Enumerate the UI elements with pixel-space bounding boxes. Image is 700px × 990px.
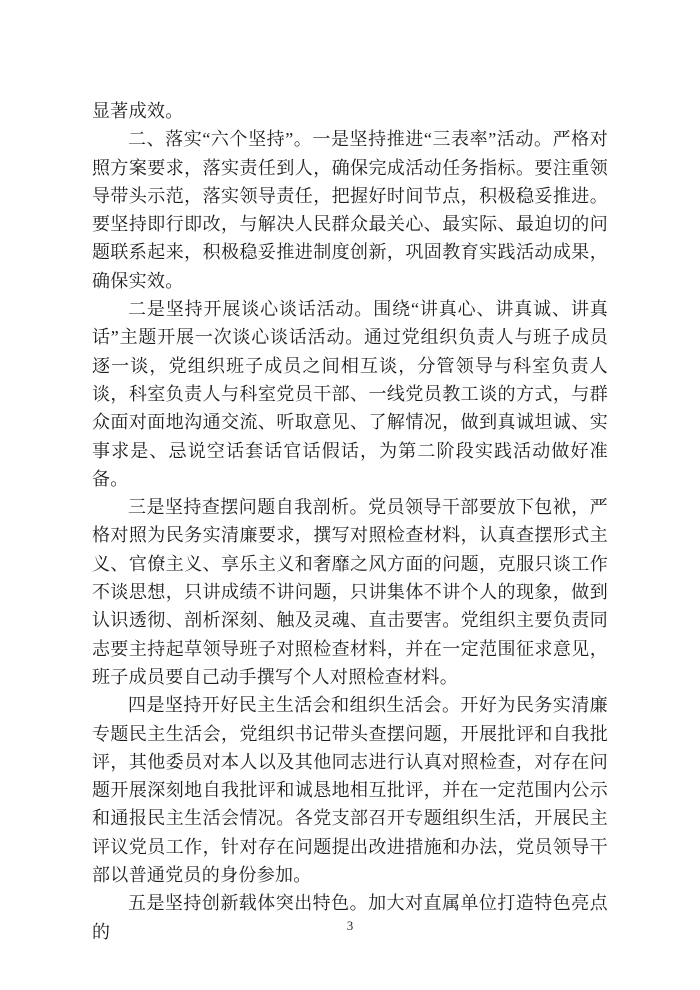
paragraph: 二、落实“六个坚持”。一是坚持推进“三表率”活动。严格对照方案要求，落实责任到人…	[92, 125, 608, 295]
document-body-text: 显著成效。 二、落实“六个坚持”。一是坚持推进“三表率”活动。严格对照方案要求，…	[92, 97, 608, 946]
paragraph: 二是坚持开展谈心谈话活动。围绕“讲真心、讲真诚、讲真话”主题开展一次谈心谈话活动…	[92, 295, 608, 493]
page-number: 3	[0, 918, 700, 934]
paragraph: 显著成效。	[92, 97, 608, 125]
paragraph: 三是坚持查摆问题自我剖析。党员领导干部要放下包袱，严格对照为民务实清廉要求，撰写…	[92, 493, 608, 691]
paragraph: 四是坚持开好民主生活会和组织生活会。开好为民务实清廉专题民主生活会，党组织书记带…	[92, 691, 608, 889]
document-page: 显著成效。 二、落实“六个坚持”。一是坚持推进“三表率”活动。严格对照方案要求，…	[0, 0, 700, 990]
